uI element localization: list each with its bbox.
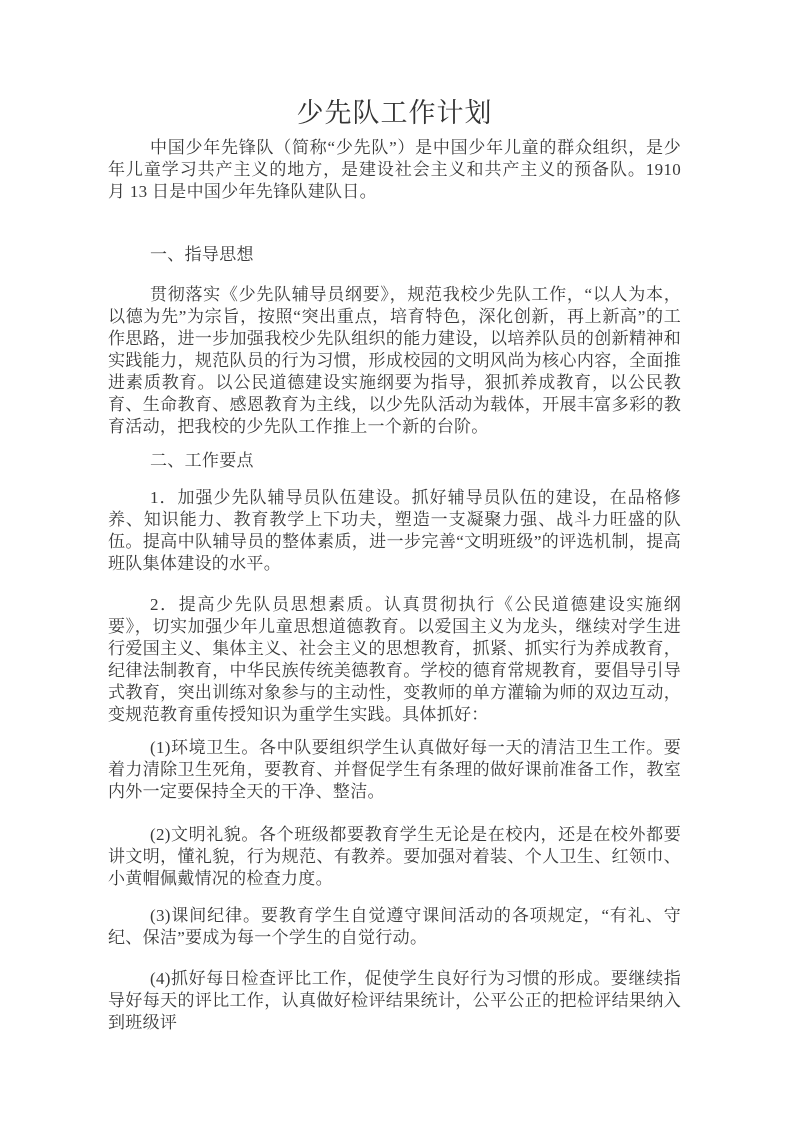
work-point-2-subitem-3-paragraph: (3)课间纪律。要教育学生自觉遵守课间活动的各项规定，“有礼、守纪、保洁”要成为… [108,905,681,949]
section-1-heading: 一、指导思想 [108,244,681,266]
section-work-points: 二、工作要点 1．加强少先队辅导员队伍建设。抓好辅导员队伍的建设，在品格修养、知… [108,450,681,1034]
intro-paragraph: 中国少年先锋队（简称“少先队”）是中国少年儿童的群众组织，是少年儿童学习共产主义… [108,137,681,203]
section-guiding-ideology: 一、指导思想 贯彻落实《少先队辅导员纲要》，规范我校少先队工作，“以人为本，以德… [108,244,681,438]
section-1-paragraph: 贯彻落实《少先队辅导员纲要》，规范我校少先队工作，“以人为本，以德为先”为宗旨，… [108,284,681,438]
work-point-2-subitem-4-paragraph: (4)抓好每日检查评比工作，促使学生良好行为习惯的形成。要继续指导好每天的评比工… [108,968,681,1034]
work-point-2-subitem-1-paragraph: (1)环境卫生。各中队要组织学生认真做好每一天的清洁卫生工作。要着力清除卫生死角… [108,737,681,803]
section-2-heading: 二、工作要点 [108,450,681,472]
document-title: 少先队工作计划 [108,97,681,129]
work-point-2-subitem-2-paragraph: (2)文明礼貌。各个班级都要教育学生无论是在校内，还是在校外都要讲文明，懂礼貌，… [108,824,681,890]
work-point-2-paragraph: 2．提高少先队员思想素质。认真贯彻执行《公民道德建设实施纲要》，切实加强少年儿童… [108,594,681,726]
work-point-1-paragraph: 1．加强少先队辅导员队伍建设。抓好辅导员队伍的建设，在品格修养、知识能力、教育教… [108,487,681,575]
document-page: 少先队工作计划 中国少年先锋队（简称“少先队”）是中国少年儿童的群众组织，是少年… [0,0,793,1122]
